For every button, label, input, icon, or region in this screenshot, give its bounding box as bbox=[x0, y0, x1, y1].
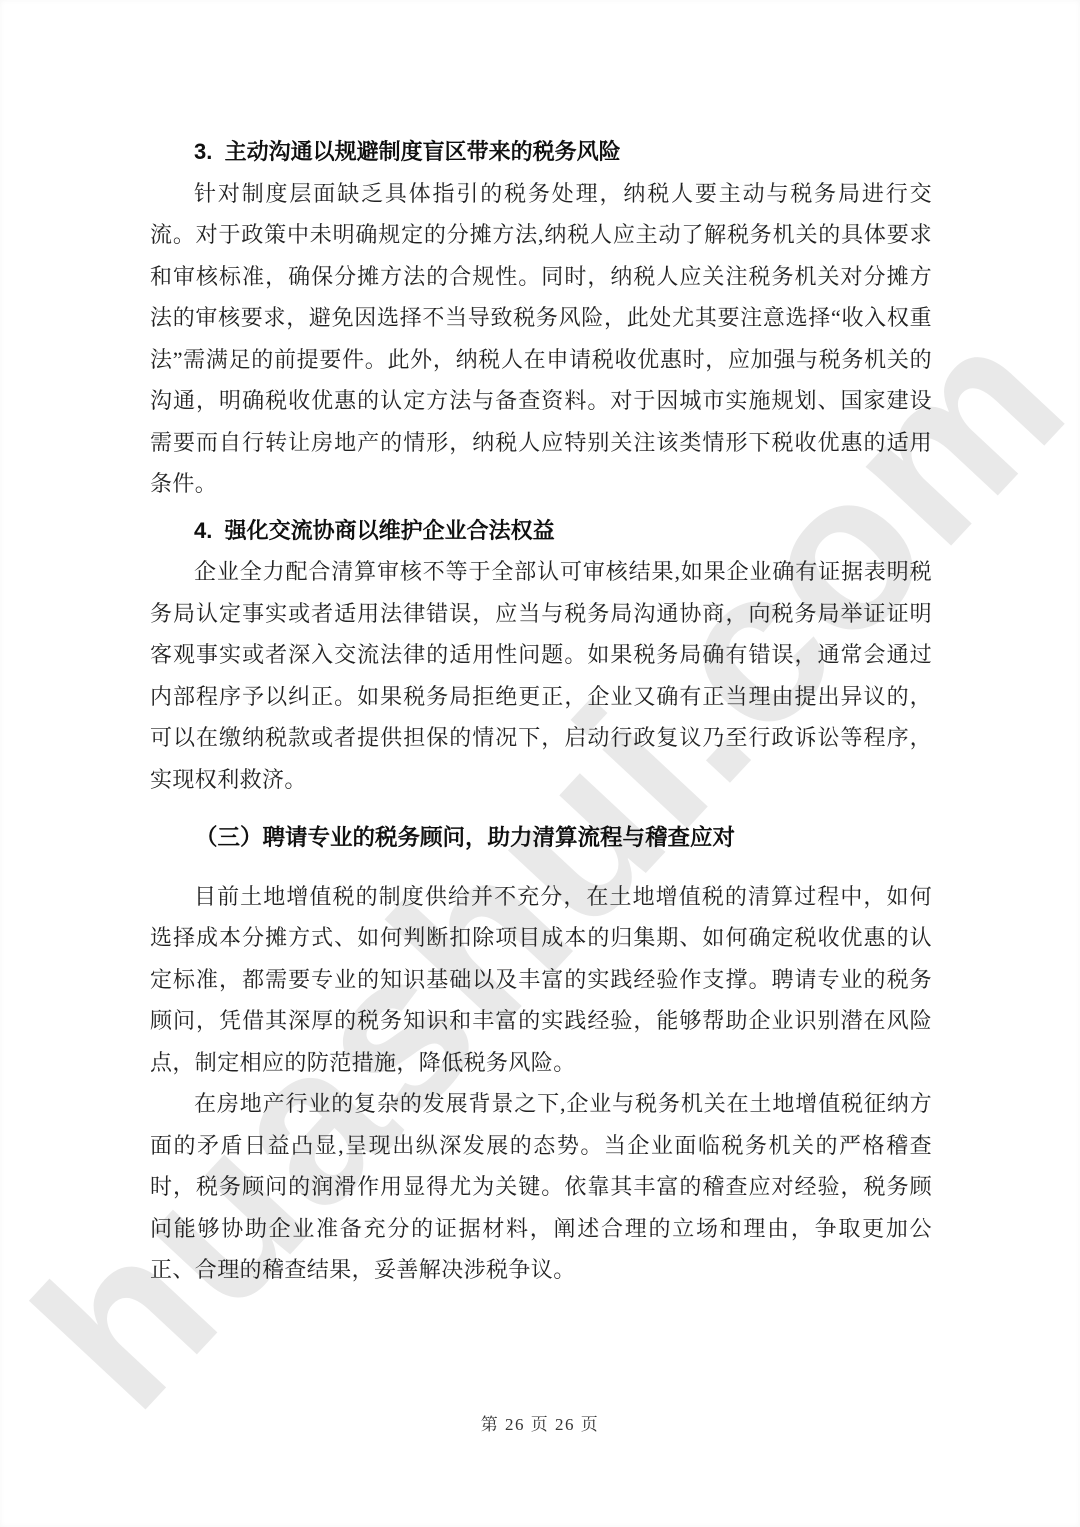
document-page: huashui.com 3. 主动沟通以规避制度盲区带来的税务风险 针对制度层面… bbox=[0, 0, 1080, 1527]
document-content: 3. 主动沟通以规避制度盲区带来的税务风险 针对制度层面缺乏具体指引的税务处理，… bbox=[150, 126, 932, 1291]
heading-section-three: （三）聘请专业的税务顾问，助力清算流程与稽查应对 bbox=[150, 817, 932, 859]
paragraph-tax-advisor-role: 在房地产行业的复杂的发展背景之下,企业与税务机关在土地增值税征纳方面的矛盾日益凸… bbox=[150, 1083, 932, 1291]
paragraph-tax-advisor-need: 目前土地增值税的制度供给并不充分，在土地增值税的清算过程中，如何选择成本分摊方式… bbox=[150, 876, 932, 1084]
paragraph-communication-risk: 针对制度层面缺乏具体指引的税务处理，纳税人要主动与税务局进行交流。对于政策中未明… bbox=[150, 173, 932, 505]
paragraph-negotiation-rights: 企业全力配合清算审核不等于全部认可审核结果,如果企业确有证据表明税务局认定事实或… bbox=[150, 551, 932, 800]
page-number-footer: 第 26 页 26 页 bbox=[0, 1410, 1080, 1435]
heading-item-3: 3. 主动沟通以规避制度盲区带来的税务风险 bbox=[150, 131, 932, 173]
heading-item-4: 4. 强化交流协商以维护企业合法权益 bbox=[150, 510, 932, 552]
